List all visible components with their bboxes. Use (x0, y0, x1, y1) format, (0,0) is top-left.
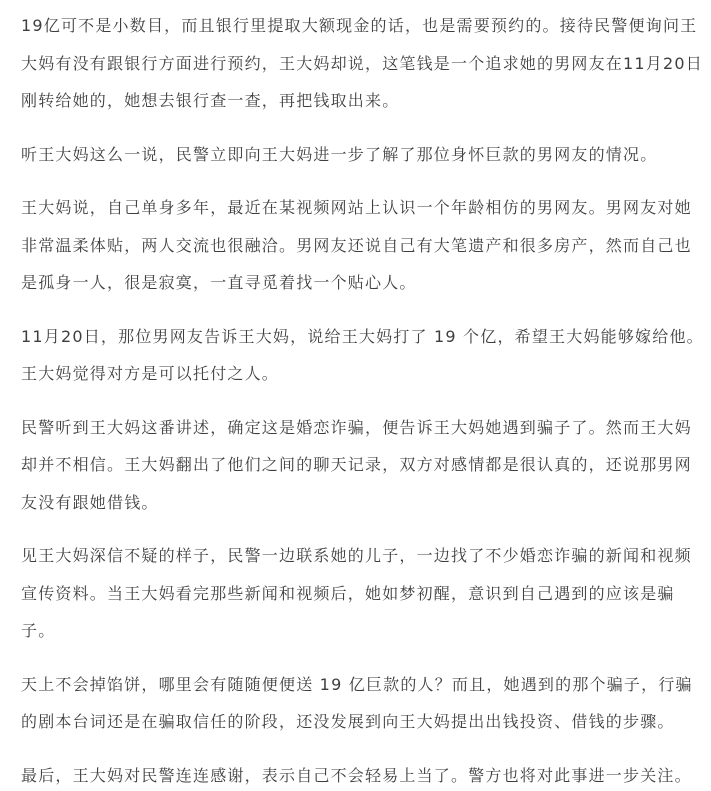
text-line: 天上不会掉馅饼，哪里会有随随便便送 19 亿巨款的人？而且，她遇到的那个骗子，行… (21, 666, 691, 704)
text-line: 19亿可不是小数目，而且银行里提取大额现金的话，也是需要预约的。接待民警便询问王 (21, 7, 691, 45)
article-body: 19亿可不是小数目，而且银行里提取大额现金的话，也是需要预约的。接待民警便询问王… (0, 0, 711, 791)
paragraph: 民警听到王大妈这番讲述，确定这是婚恋诈骗，便告诉王大妈她遇到骗子了。然而王大妈却… (21, 409, 691, 522)
paragraph: 天上不会掉馅饼，哪里会有随随便便送 19 亿巨款的人？而且，她遇到的那个骗子，行… (21, 666, 691, 741)
text-line: 大妈有没有跟银行方面进行预约，王大妈却说，这笔钱是一个追求她的男网友在11月20… (21, 45, 691, 83)
paragraph: 11月20日，那位男网友告诉王大妈，说给王大妈打了 19 个亿，希望王大妈能够嫁… (21, 318, 691, 393)
text-line: 非常温柔体贴，两人交流也很融洽。男网友还说自己有大笔遗产和很多房产，然而自己也 (21, 227, 691, 265)
text-line: 王大妈说，自己单身多年，最近在某视频网站上认识一个年龄相仿的男网友。男网友对她 (21, 189, 691, 227)
paragraph: 王大妈说，自己单身多年，最近在某视频网站上认识一个年龄相仿的男网友。男网友对她非… (21, 189, 691, 302)
text-line: 却并不相信。王大妈翻出了他们之间的聊天记录，双方对感情都是很认真的，还说那男网 (21, 446, 691, 484)
text-line: 子。 (21, 612, 691, 650)
text-line: 友没有跟她借钱。 (21, 484, 691, 522)
text-line: 刚转给她的，她想去银行查一查，再把钱取出来。 (21, 82, 691, 120)
text-line: 11月20日，那位男网友告诉王大妈，说给王大妈打了 19 个亿，希望王大妈能够嫁… (21, 318, 691, 356)
text-line: 宣传资料。当王大妈看完那些新闻和视频后，她如梦初醒，意识到自己遇到的应该是骗 (21, 575, 691, 613)
text-line: 是孤身一人，很是寂寞，一直寻觅着找一个贴心人。 (21, 264, 691, 302)
paragraph: 见王大妈深信不疑的样子，民警一边联系她的儿子，一边找了不少婚恋诈骗的新闻和视频宣… (21, 537, 691, 650)
text-line: 最后，王大妈对民警连连感谢，表示自己不会轻易上当了。警方也将对此事进一步关注。 (21, 757, 691, 791)
paragraph: 听王大妈这么一说，民警立即向王大妈进一步了解了那位身怀巨款的男网友的情况。 (21, 136, 691, 174)
paragraph: 最后，王大妈对民警连连感谢，表示自己不会轻易上当了。警方也将对此事进一步关注。 (21, 757, 691, 791)
text-line: 听王大妈这么一说，民警立即向王大妈进一步了解了那位身怀巨款的男网友的情况。 (21, 136, 691, 174)
text-line: 王大妈觉得对方是可以托付之人。 (21, 355, 691, 393)
text-line: 的剧本台词还是在骗取信任的阶段，还没发展到向王大妈提出出钱投资、借钱的步骤。 (21, 703, 691, 741)
text-line: 见王大妈深信不疑的样子，民警一边联系她的儿子，一边找了不少婚恋诈骗的新闻和视频 (21, 537, 691, 575)
text-line: 民警听到王大妈这番讲述，确定这是婚恋诈骗，便告诉王大妈她遇到骗子了。然而王大妈 (21, 409, 691, 447)
paragraph: 19亿可不是小数目，而且银行里提取大额现金的话，也是需要预约的。接待民警便询问王… (21, 7, 691, 120)
